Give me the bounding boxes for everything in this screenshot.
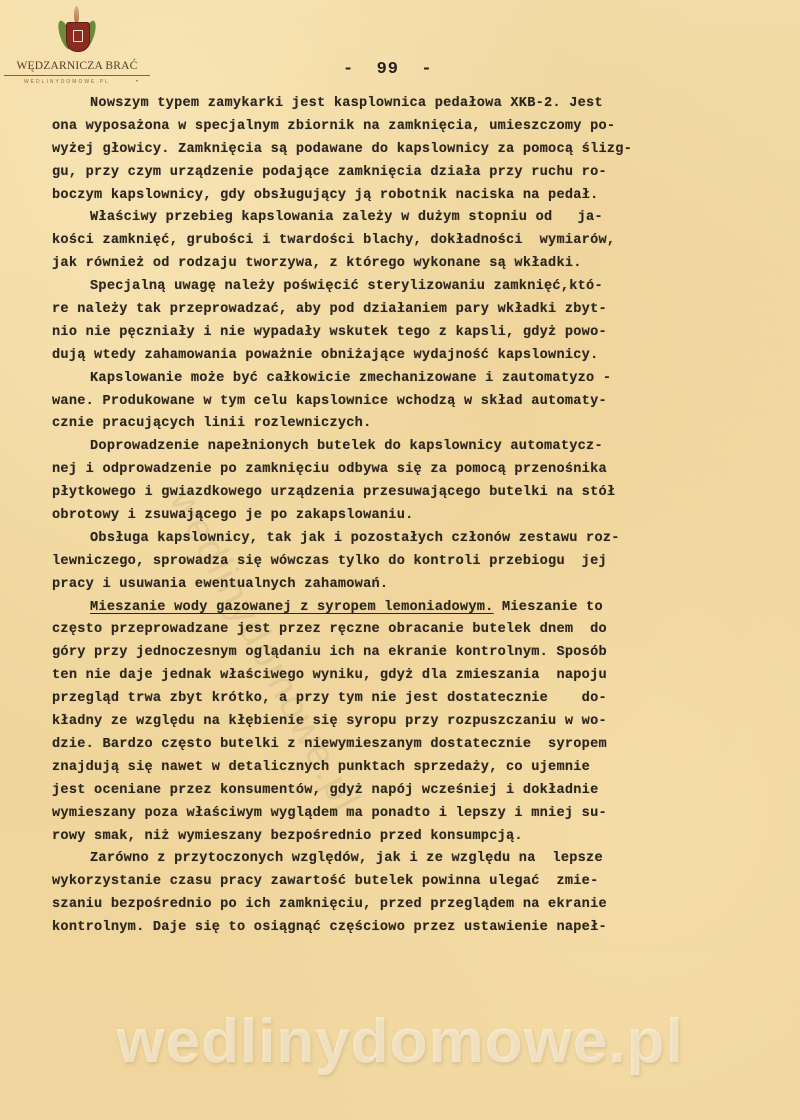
text-line: kości zamknięć, grubości i twardości bla… — [52, 230, 792, 253]
logo-url: WEDLINYDOMOWE.PL• — [4, 79, 150, 85]
page-number: - 99 - — [343, 60, 433, 79]
text-line: Obsługa kapslownicy, tak jak i pozostały… — [52, 528, 792, 551]
text-line: kładny ze względu na kłębienie się syrop… — [52, 711, 792, 734]
section-heading: Mieszanie wody gazowanej z syropem lemon… — [90, 600, 494, 615]
text-line: rowy smak, niż wymieszany bezpośrednio p… — [52, 826, 792, 849]
dot-icon: • — [136, 79, 140, 85]
text-line: znajdują się nawet w detalicznych punkta… — [52, 757, 792, 780]
site-logo[interactable]: WĘDZARNICZA BRAĆ WEDLINYDOMOWE.PL• — [4, 6, 150, 85]
text-line: Mieszanie wody gazowanej z syropem lemon… — [52, 597, 792, 620]
text-line: nej i odprowadzenie po zamknięciu odbywa… — [52, 459, 792, 482]
text-line: jest oceniane przez konsumentów, gdyż na… — [52, 780, 792, 803]
text-line: często przeprowadzane jest przez ręczne … — [52, 619, 792, 642]
text-line: Właściwy przebieg kapslowania zależy w d… — [52, 207, 792, 230]
crest-icon — [57, 6, 97, 54]
text-line: wyżej głowicy. Zamknięcia są podawane do… — [52, 139, 792, 162]
text-line-rest: Mieszanie to — [494, 600, 603, 615]
text-line: Zarówno z przytoczonych względów, jak i … — [52, 848, 792, 871]
text-line: obrotowy i zsuwającego je po zakapslowan… — [52, 505, 792, 528]
text-line: ona wyposażona w specjalnym zbiornik na … — [52, 116, 792, 139]
text-line: boczym kapslownicy, gdy obsługujący ją r… — [52, 185, 792, 208]
text-line: nio nie pęczniały i nie wypadały wskutek… — [52, 322, 792, 345]
bottom-watermark: wedlinydomowe.pl — [0, 1006, 800, 1077]
text-line: pracy i usuwania ewentualnych zahamowań. — [52, 574, 792, 597]
text-line: jak również od rodzaju tworzywa, z które… — [52, 253, 792, 276]
text-line: dzie. Bardzo często butelki z niewymiesz… — [52, 734, 792, 757]
text-line: gu, przy czym urządzenie podające zamkni… — [52, 162, 792, 185]
document-body: Nowszym typem zamykarki jest kasplownica… — [52, 93, 792, 940]
flame-icon — [74, 6, 79, 22]
text-line: wane. Produkowane w tym celu kapslownice… — [52, 391, 792, 414]
logo-divider — [4, 75, 150, 76]
text-line: płytkowego i gwiazdkowego urządzenia prz… — [52, 482, 792, 505]
shield-icon — [66, 22, 90, 52]
logo-url-text: WEDLINYDOMOWE.PL — [24, 79, 110, 85]
text-line: szaniu bezpośrednio po ich zamknięciu, p… — [52, 894, 792, 917]
logo-name: WĘDZARNICZA BRAĆ — [4, 60, 150, 72]
text-line: ten nie daje jednak właściwego wyniku, g… — [52, 665, 792, 688]
text-line: lewniczego, sprowadza się wówczas tylko … — [52, 551, 792, 574]
text-line: Nowszym typem zamykarki jest kasplownica… — [52, 93, 792, 116]
text-line: Doprowadzenie napełnionych butelek do ka… — [52, 436, 792, 459]
text-line: wymieszany poza właściwym wyglądem ma po… — [52, 803, 792, 826]
text-line: re należy tak przeprowadzać, aby pod dzi… — [52, 299, 792, 322]
text-line: wykorzystanie czasu pracy zawartość bute… — [52, 871, 792, 894]
text-line: Kapslowanie może być całkowicie zmechani… — [52, 368, 792, 391]
text-line: Specjalną uwagę należy poświęcić steryli… — [52, 276, 792, 299]
text-line: kontrolnym. Daje się to osiągnąć częścio… — [52, 917, 792, 940]
text-line: dują wtedy zahamowania poważnie obniżają… — [52, 345, 792, 368]
text-line: góry przy jednoczesnym oglądaniu ich na … — [52, 642, 792, 665]
text-line: przegląd trwa zbyt krótko, a przy tym ni… — [52, 688, 792, 711]
text-line: cznie pracujących linii rozlewniczych. — [52, 413, 792, 436]
